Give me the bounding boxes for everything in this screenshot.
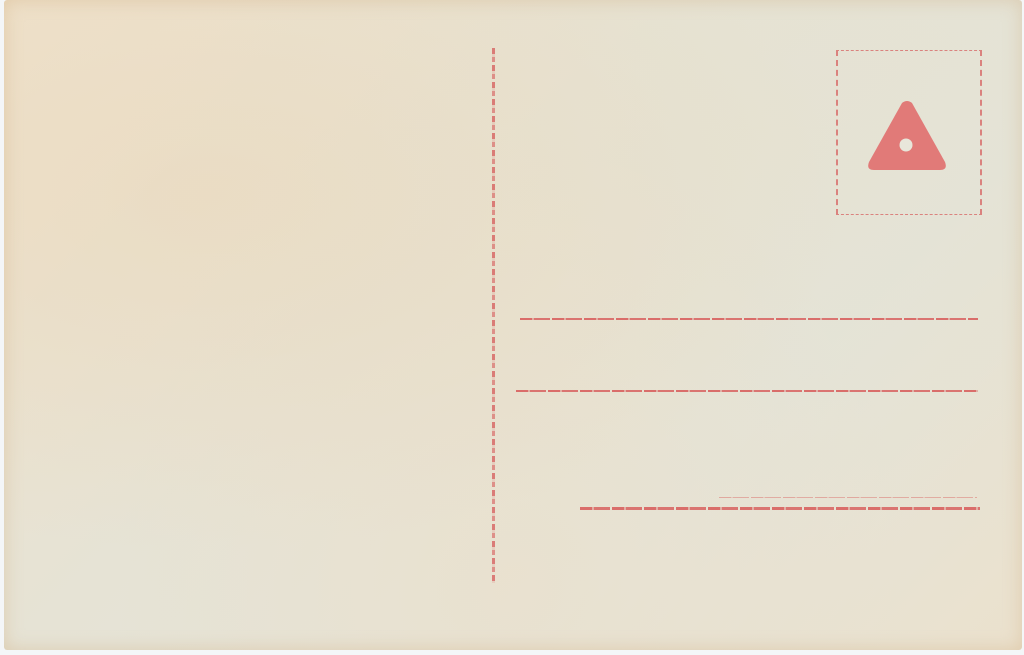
address-line-3 (580, 507, 980, 510)
postcard-back (4, 0, 1022, 650)
address-line-2 (516, 390, 978, 392)
address-line-1 (520, 318, 978, 320)
address-line-3-upper (719, 497, 977, 498)
center-divider-line (492, 48, 495, 583)
stamp-triangle-icon (866, 100, 948, 172)
